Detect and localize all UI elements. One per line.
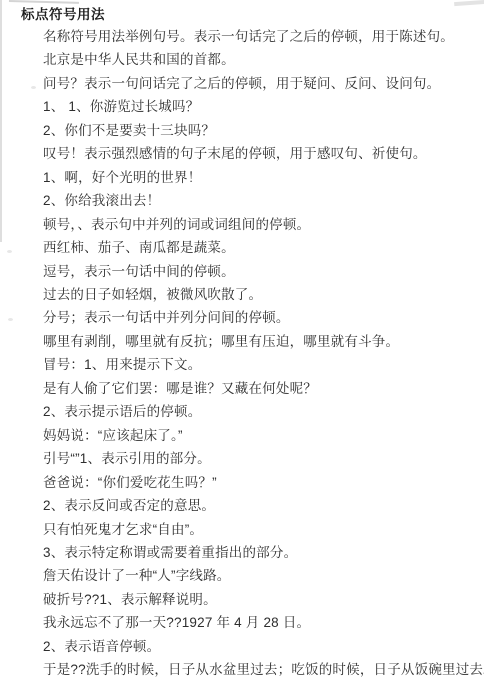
- doc-line: 过去的日子如轻烟，被微风吹散了。: [43, 283, 484, 306]
- doc-line: 妈妈说：“应该起床了。”: [43, 424, 484, 447]
- doc-line: 破折号??1、表示解释说明。: [43, 588, 484, 611]
- doc-line: 只有怕死鬼才乞求“自由”。: [43, 518, 484, 541]
- doc-line: 于是??洗手的时候，日子从水盆里过去；吃饭的时候，日子从饭碗里过去。: [43, 658, 484, 681]
- document-page: 标点符号用法 名称符号用法举例句号。表示一句话完了之后的停顿，用于陈述句。北京是…: [0, 0, 484, 685]
- doc-line: 2、表示语音停顿。: [43, 635, 484, 658]
- document-body: 标点符号用法 名称符号用法举例句号。表示一句话完了之后的停顿，用于陈述句。北京是…: [0, 0, 484, 682]
- doc-line: 2、表示反问或否定的意思。: [43, 494, 484, 517]
- doc-line: 分号；表示一句话中并列分问间的停顿。: [43, 306, 484, 329]
- doc-line: 我永远忘不了那一天??1927 年 4 月 28 日。: [43, 611, 484, 634]
- document-title: 标点符号用法: [21, 6, 484, 23]
- doc-lines: 名称符号用法举例句号。表示一句话完了之后的停顿，用于陈述句。北京是中华人民共和国…: [0, 25, 484, 682]
- doc-line: 西红柿、茄子、南瓜都是蔬菜。: [43, 236, 484, 259]
- doc-line: 2、表示提示语后的停顿。: [43, 400, 484, 423]
- doc-line: 顿号，、表示句中并列的词或词组间的停顿。: [43, 213, 484, 236]
- doc-line: 逗号，表示一句话中间的停顿。: [43, 260, 484, 283]
- doc-line: 1、啊，好个光明的世界！: [43, 166, 484, 189]
- doc-line: 北京是中华人民共和国的首都。: [43, 48, 484, 71]
- doc-line: 引号“”1、表示引用的部分。: [43, 447, 484, 470]
- doc-line: 问号？表示一句问话完了之后的停顿，用于疑问、反问、设问句。: [43, 72, 484, 95]
- doc-line: 2、你们不是要卖十三块吗？: [43, 119, 484, 142]
- doc-line: 詹天佑设计了一种“人”字线路。: [43, 564, 484, 587]
- doc-line: 哪里有剥削，哪里就有反抗；哪里有压迫，哪里就有斗争。: [43, 330, 484, 353]
- doc-line: 3、表示特定称谓或需要着重指出的部分。: [43, 541, 484, 564]
- doc-line: 是有人偷了它们罢：哪是谁？又藏在何处呢？: [43, 377, 484, 400]
- doc-line: 叹号！表示强烈感情的句子末尾的停顿，用于感叹句、祈使句。: [43, 142, 484, 165]
- doc-line: 2、你给我滚出去！: [43, 189, 484, 212]
- doc-line: 1、 1、你游览过长城吗？: [43, 95, 484, 118]
- doc-line: 冒号：1、用来提示下文。: [43, 353, 484, 376]
- doc-line: 爸爸说：“你们爱吃花生吗？”: [43, 471, 484, 494]
- doc-line: 名称符号用法举例句号。表示一句话完了之后的停顿，用于陈述句。: [43, 25, 484, 48]
